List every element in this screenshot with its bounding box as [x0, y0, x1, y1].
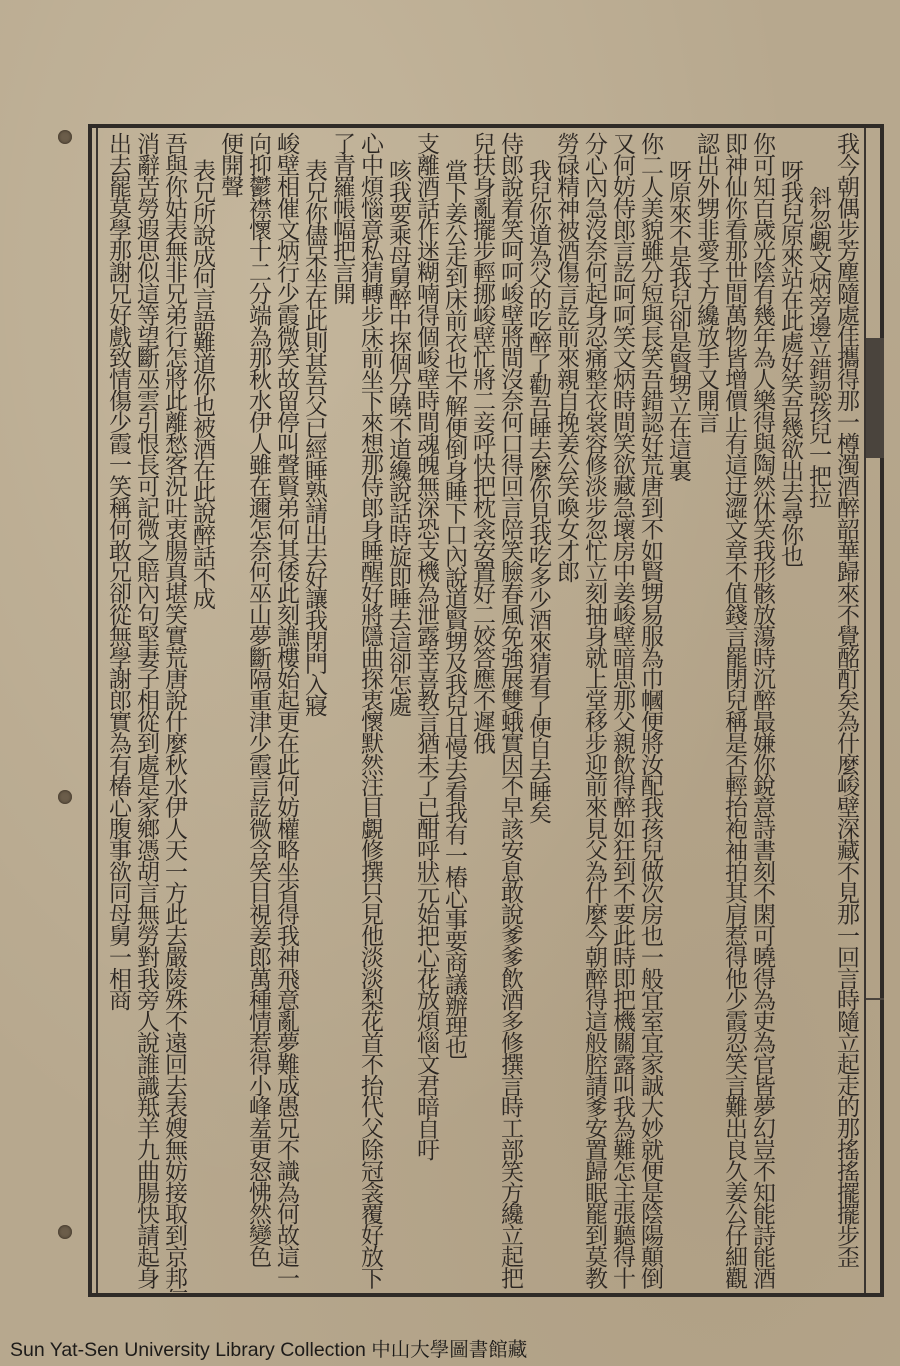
- binding-hole: [58, 790, 72, 804]
- text-column: 分心內急沒奈何起身忍痛整衣裳容修淡步忽忙立刻抽身就上堂移步迎前來見父為什麼今朝醉…: [580, 132, 608, 1292]
- text-column: 侍郎說着笑呵呵峻壁將間沒奈何口得回言陪笑臉春風免強展雙蛾實因不早該安息敢說爹爹飲…: [496, 132, 524, 1292]
- text-column: 我兒你道為父的吃醉了勸吾睡去麼你見我吃多少酒來猜看了便自去睡矣: [524, 132, 552, 1292]
- vertical-text-body: 我今朝偶步芳塵隨處佳攜得那一樽濁酒醉韶華歸來不覺酩酊矣為什麼峻壁深藏不見那一回言…: [100, 128, 862, 1293]
- text-column: 即神仙你看那世間萬物皆增價止有這迂澀文章不值錢言罷閉兒稱是否輕抬袍袖拍其肩惹得他…: [720, 132, 748, 1292]
- text-column: 你二人美貌雖分短與長笑吾錯認好荒唐到不如賢甥易服為巾幗便將汝配我孩兒做次房也一般…: [636, 132, 664, 1292]
- text-column: 了青羅帳幅把言開: [328, 132, 356, 1292]
- text-column: 呀我兒原來站在此處好笑吾幾欲出去尋你也: [776, 132, 804, 1292]
- binding-hole: [58, 1225, 72, 1239]
- text-column: 出去罷莫學那謝兄好戲致情傷少霞一笑稱何敢兄卻從無學謝郎實為有樁心腹事欲同母舅一相…: [104, 132, 132, 1292]
- text-column: 吾與你姑表無非兄弟行怎將此離愁客況吐衷腸真堪笑實荒唐說什麼秋水伊人天一方此去嚴陵…: [160, 132, 188, 1292]
- inner-border-line: [96, 128, 98, 1293]
- text-column: 便開聲: [216, 132, 244, 1292]
- text-column: 支離酒話作迷糊喃得個峻壁時間魂魄無深恐支機為泄露幸喜教言猶未了已酣呼狀元始把心花…: [412, 132, 440, 1292]
- text-column: 兒扶身亂擺步輕挪峻壁忙將二妾呼快把枕衾安置好二姣答應不遲俄: [468, 132, 496, 1292]
- text-column: 心中煩惱意私猜轉步床前坐下來想那侍郎身睡醒好將隱曲探衷懷默然注目覷修撰只見他淡淡…: [356, 132, 384, 1292]
- text-column: 又何妨侍郎言訖呵呵笑文炳時間笑欲藏急壞房中姜峻壁暗思那父親飲得醉如狂到不要此時即…: [608, 132, 636, 1292]
- spine-divider: [866, 998, 884, 1000]
- text-column: 勞碌精神被酒傷言訖前來親自挽姜公笑喚女才郎: [552, 132, 580, 1292]
- text-column: 向抑鬱襟懷十二分端為那秋水伊人雖在邇怎奈何巫山夢斷隔重津少霞言訖微含笑目視姜郎萬…: [244, 132, 272, 1292]
- text-column: 我今朝偶步芳塵隨處佳攜得那一樽濁酒醉韶華歸來不覺酩酊矣為什麼峻壁深藏不見那一回言…: [832, 132, 860, 1292]
- collection-watermark: Sun Yat-Sen University Library Collectio…: [10, 1334, 527, 1362]
- text-column: 呀原來不是我兒卻是賢甥立在這裏: [664, 132, 692, 1292]
- spine-fishtail-block: [866, 338, 884, 458]
- text-column: 當下姜公走到床前衣也不解便倒身睡下口內說道賢甥及我兒且慢去看我有一樁心事要商議辦…: [440, 132, 468, 1292]
- text-column: 咳我要乘母舅醉中探個分曉不道纔說話時旋即睡去這卻怎處: [384, 132, 412, 1292]
- text-column: 斜忽覷文炳旁邊立錯認孩兒一把拉: [804, 132, 832, 1292]
- text-column: 表兄你儘呆坐在此則甚吾父已經睡熟請出去好讓我閉門入寢: [300, 132, 328, 1292]
- text-column: 你可知百歲光陰有幾年為人樂得與陶然休笑我形骸放蕩時沉醉最嫌你銳意詩書刻不閑可曉得…: [748, 132, 776, 1292]
- text-column: 認出外甥非愛子方纔放手又開言: [692, 132, 720, 1292]
- spine-strip: [864, 128, 884, 1293]
- text-column: 峻壁相催文炳行少霞微笑故留停叫聲賢弟何其倭此刻譙樓始起更在此何妨權略坐省得我神飛…: [272, 132, 300, 1292]
- text-column: 消辭苦勞遐思似這等望斷巫雲引恨長可記微之賠內句堅妻子相從到處是家鄉憑胡言無勞對我…: [132, 132, 160, 1292]
- binding-hole: [58, 130, 72, 144]
- text-column: 表兄所說成何言語難道你也被酒在此說醉話不成: [188, 132, 216, 1292]
